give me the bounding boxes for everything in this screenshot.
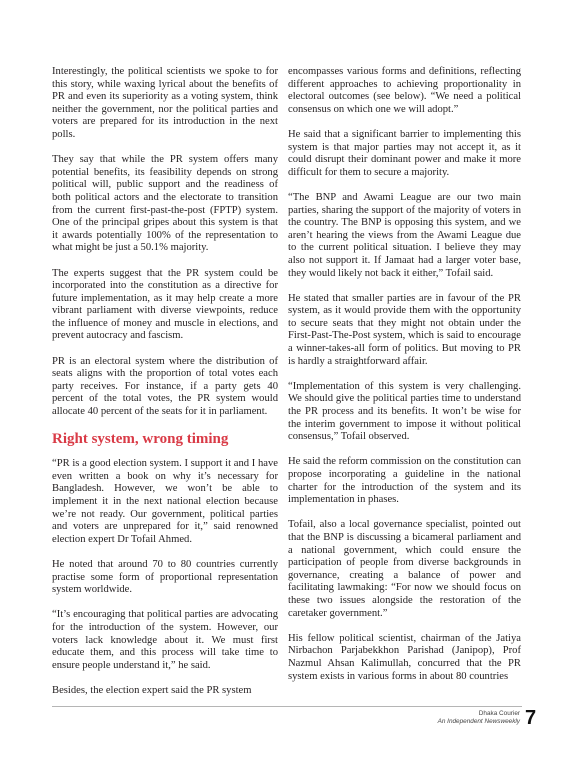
publication-tagline: An Independent Newsweekly xyxy=(438,718,520,726)
paragraph: encompasses various forms and definition… xyxy=(288,66,521,116)
paragraph: He said the reform commission on the con… xyxy=(288,456,521,506)
paragraph: He stated that smaller parties are in fa… xyxy=(288,293,521,369)
right-column: encompasses various forms and definition… xyxy=(288,66,521,696)
section-heading: Right system, wrong timing xyxy=(52,431,278,448)
magazine-page: Interestingly, the political scientists … xyxy=(0,0,576,770)
paragraph: “It’s encouraging that political parties… xyxy=(52,609,278,672)
paragraph: PR is an electoral system where the dist… xyxy=(52,356,278,419)
left-column: Interestingly, the political scientists … xyxy=(52,66,278,710)
footer-divider xyxy=(52,706,522,707)
paragraph: They say that while the PR system offers… xyxy=(52,154,278,255)
paragraph: “PR is a good election system. I support… xyxy=(52,458,278,546)
paragraph: He said that a significant barrier to im… xyxy=(288,129,521,179)
paragraph: Interestingly, the political scientists … xyxy=(52,66,278,142)
paragraph: He noted that around 70 to 80 countries … xyxy=(52,559,278,597)
paragraph: “The BNP and Awami League are our two ma… xyxy=(288,192,521,280)
paragraph: Besides, the election expert said the PR… xyxy=(52,685,278,698)
paragraph: “Implementation of this system is very c… xyxy=(288,381,521,444)
publication-name: Dhaka Courier xyxy=(438,710,520,718)
page-number: 7 xyxy=(525,707,536,729)
paragraph: Tofail, also a local governance speciali… xyxy=(288,519,521,620)
paragraph: His fellow political scientist, chairman… xyxy=(288,633,521,683)
paragraph: The experts suggest that the PR system c… xyxy=(52,268,278,344)
footer-masthead: Dhaka Courier An Independent Newsweekly xyxy=(438,710,520,725)
